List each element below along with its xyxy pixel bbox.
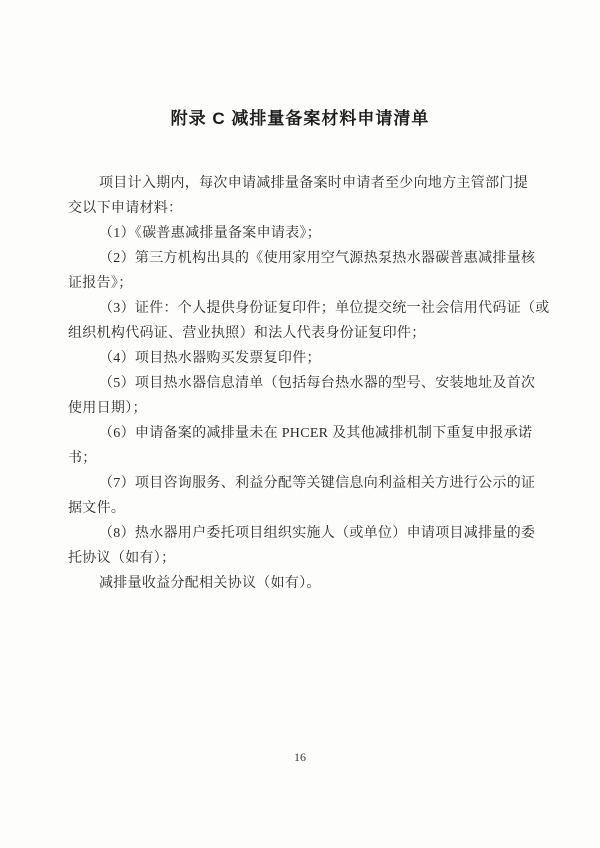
text-line: （8）热水器用户委托项目组织实施人（或单位）申请项目减排量的委 [68, 521, 538, 546]
text-line: 减排量收益分配相关协议（如有）。 [68, 571, 538, 596]
text-line: （3）证件：个人提供身份证复印件；单位提交统一社会信用代码证（或 [68, 296, 538, 321]
text-line: （5）项目热水器信息清单（包括每台热水器的型号、安装地址及首次 [68, 371, 538, 396]
text-line: （2）第三方机构出具的《使用家用空气源热泵热水器碳普惠减排量核 [68, 246, 538, 271]
text-line: （6）申请备案的减排量未在 PHCER 及其他减排机制下重复申报承诺 [68, 421, 538, 446]
text-line: 交以下申请材料： [68, 196, 538, 221]
document-body: 项目计入期内，每次申请减排量备案时申请者至少向地方主管部门提交以下申请材料：（1… [68, 171, 538, 596]
text-line: 组织机构代码证、营业执照）和法人代表身份证复印件； [68, 321, 538, 346]
text-line: 项目计入期内，每次申请减排量备案时申请者至少向地方主管部门提 [68, 171, 538, 196]
document-page: 附录 C 减排量备案材料申请清单 项目计入期内，每次申请减排量备案时申请者至少向… [0, 0, 600, 848]
text-line: （7）项目咨询服务、利益分配等关键信息向利益相关方进行公示的证 [68, 471, 538, 496]
text-line: 据文件。 [68, 496, 538, 521]
text-line: 证报告》； [68, 271, 538, 296]
page-title: 附录 C 减排量备案材料申请清单 [0, 108, 600, 130]
page-number: 16 [0, 749, 600, 765]
text-line: （4）项目热水器购买发票复印件； [68, 346, 538, 371]
text-line: （1）《碳普惠减排量备案申请表》； [68, 221, 538, 246]
text-line: 托协议（如有）； [68, 546, 538, 571]
text-line: 使用日期）； [68, 396, 538, 421]
text-line: 书； [68, 446, 538, 471]
